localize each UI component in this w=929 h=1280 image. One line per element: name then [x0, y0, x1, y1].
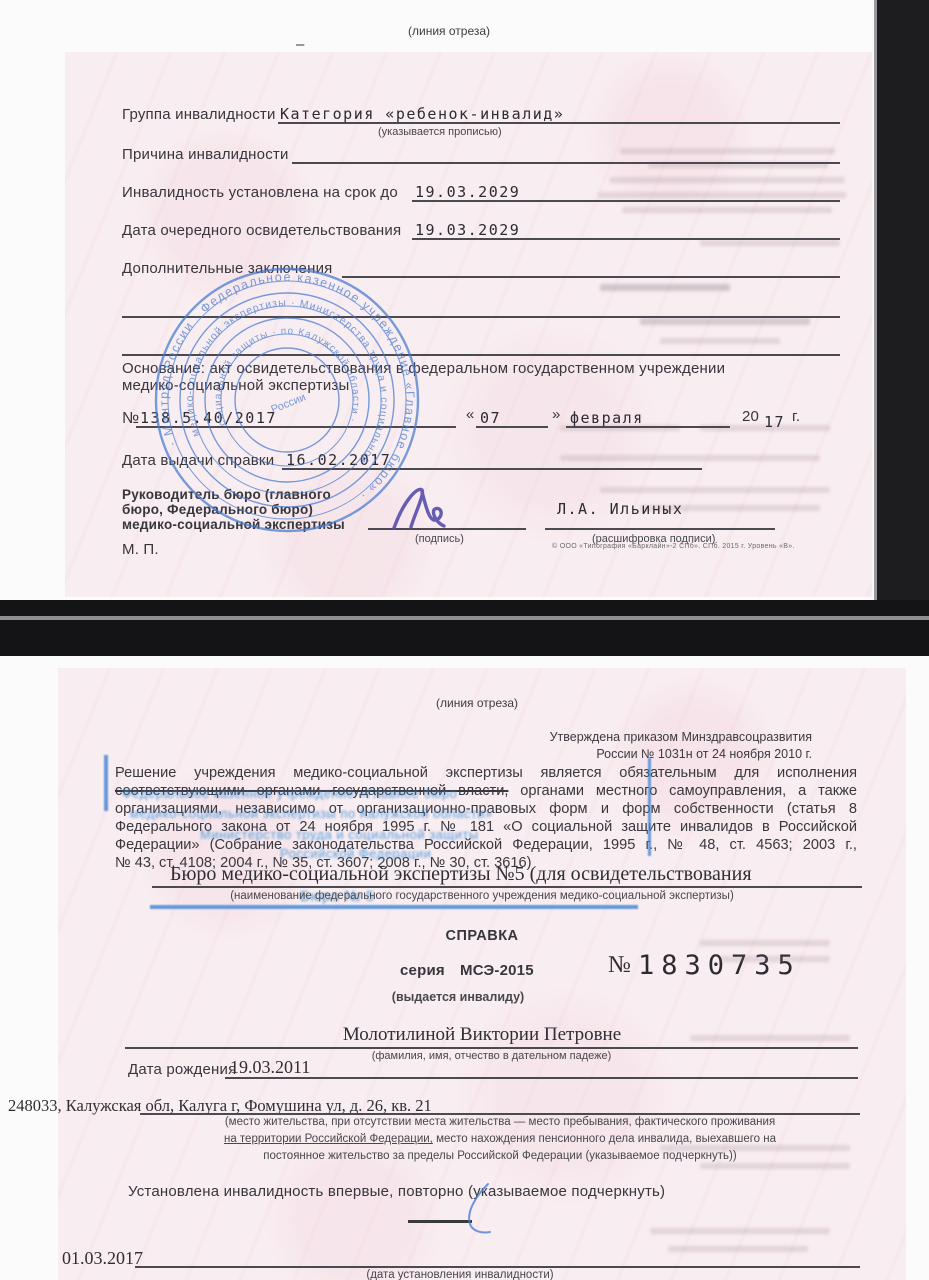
address-caption-line3: постоянное жительство за пределы Российс…: [120, 1150, 880, 1162]
established-date-line: [135, 1266, 860, 1268]
term-label: Инвалидность установлена на срок до: [122, 184, 398, 201]
recipient-name: Молотилиной Виктории Петровне: [58, 1024, 906, 1046]
year-value: 17: [764, 413, 785, 431]
print-info: © ООО «Типография «Барклайн»-2 СПб». СПб…: [552, 543, 795, 550]
day-quote-open: «: [466, 406, 475, 423]
address-caption-line1: (место жительства, при отсутствии места …: [120, 1116, 880, 1128]
scanned-disability-certificate: (линия отреза) – Группа инвалидности Кат…: [0, 0, 929, 1280]
day-value: 07: [480, 409, 501, 427]
address-line: [140, 1113, 860, 1115]
birth-value: 19.03.2011: [230, 1057, 310, 1078]
issued-caption: (выдается инвалиду): [58, 990, 858, 1004]
address-caption-line2: на территории Российской Федерации, мест…: [120, 1133, 880, 1145]
bureau-caption: (наименование федерального государственн…: [150, 890, 814, 902]
next-exam-label: Дата очередного освидетельствования: [122, 222, 401, 239]
cut-line-label-top: (линия отреза): [408, 24, 490, 38]
address-caption-underlined: на территории Российской Федерации,: [224, 1133, 433, 1145]
round-stamp: · Минтруд России · Федеральное казенное …: [152, 265, 422, 535]
cause-label: Причина инвалидности: [122, 146, 289, 163]
stamp-center-text: России: [269, 391, 307, 416]
mp-label: М. П.: [122, 541, 159, 558]
month-value: февраля: [570, 409, 644, 427]
signature-name: Л.А. Ильиных: [557, 500, 683, 518]
certificate-number: 1830735: [638, 950, 801, 981]
top-scan-edge: [874, 0, 877, 600]
birth-line: [225, 1077, 858, 1079]
series-label: серия: [400, 962, 445, 979]
established-date-caption: (дата установления инвалидности): [260, 1269, 660, 1280]
cut-line-label-bottom: (линия отреза): [436, 696, 518, 710]
group-value: Категория «ребенок-инвалид»: [280, 105, 564, 123]
group-label: Группа инвалидности: [122, 106, 276, 123]
year-suffix: г.: [792, 408, 800, 425]
established-line: Установлена инвалидность впервые, повтор…: [128, 1183, 665, 1200]
pen-mark: [448, 1182, 508, 1238]
dash-mark: –: [296, 36, 305, 53]
group-caption: (указывается прописью): [378, 126, 502, 138]
rect-stamp-line1: Федеральное казенное учреждение «Главное…: [122, 786, 457, 801]
signature-name-line: [545, 528, 775, 530]
decision-line2-rest: органами местного самоуправления, а такж…: [508, 783, 857, 799]
approved-line1: Утверждена приказом Минздравсоцразвития: [500, 730, 812, 744]
divider-light-line: [0, 616, 929, 620]
next-exam-value: 19.03.2029: [415, 221, 520, 239]
established-date-value: 01.03.2017: [62, 1248, 143, 1269]
birth-label: Дата рождения: [128, 1061, 236, 1078]
rect-stamp-line4: Российской Федерации: [280, 846, 431, 861]
rect-stamp-line3: Министерство труда и социальной защиты: [200, 827, 479, 842]
term-value: 19.03.2029: [415, 183, 520, 201]
decision-line1: Решение учреждения медико-социальной экс…: [115, 765, 857, 782]
name-line: [125, 1047, 858, 1049]
rect-stamp-line2: медико-социальной экспертизы по Калужско…: [130, 806, 493, 821]
approved-line2: России № 1031н от 24 ноября 2010 г.: [500, 747, 812, 761]
number-sign: №: [608, 952, 631, 979]
cause-line: [292, 162, 840, 164]
day-quote-close: »: [552, 406, 561, 423]
signature-caption: (подпись): [415, 533, 464, 545]
bureau-line: [152, 886, 862, 888]
bureau-value: Бюро медико-социальной экспертизы №5 (дл…: [170, 863, 752, 886]
address-caption-line2-rest: место нахождения пенсионного дела инвали…: [433, 1133, 776, 1145]
series-value: МСЭ-2015: [460, 962, 534, 979]
scan-divider: [0, 600, 929, 656]
year-prefix: 20: [742, 408, 759, 425]
